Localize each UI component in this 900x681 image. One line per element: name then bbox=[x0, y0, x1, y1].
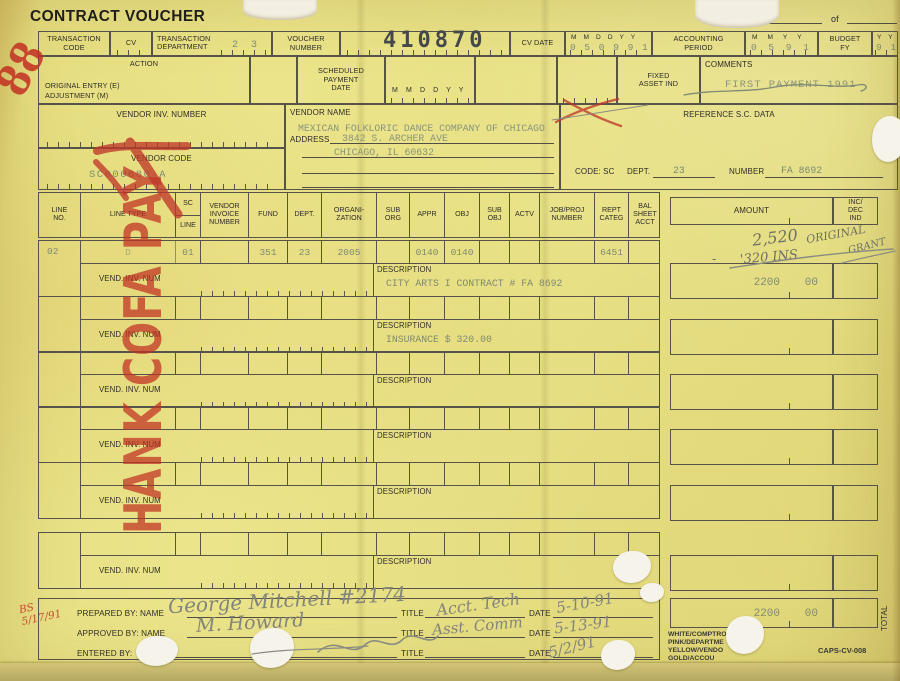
vendor-name-box: VENDOR NAME MEXICAN FOLKLORIC DANCE COMP… bbox=[285, 104, 560, 190]
header-rept-categ-label: REPT CATEG bbox=[597, 207, 627, 223]
sub-obj-cell bbox=[480, 241, 510, 263]
total-label: TOTAL bbox=[880, 595, 889, 631]
amount-box-4 bbox=[670, 429, 833, 465]
header-vendor-invoice: VENDOR INVOICE NUMBER bbox=[201, 193, 249, 237]
prepared-by-label: PREPARED BY: NAME bbox=[77, 609, 164, 618]
action-entry-box bbox=[250, 56, 297, 104]
fixed-asset-ticks bbox=[563, 98, 611, 103]
comments-value: FIRST PAYMENT 1991 bbox=[725, 79, 856, 91]
total-amount-cents: 00 bbox=[805, 608, 818, 620]
appr-cell: 0140 bbox=[410, 241, 445, 263]
organization-cell: 2005 bbox=[322, 241, 377, 263]
scanned-contract-voucher: CONTRACT VOUCHER Page of TRANSACTION COD… bbox=[0, 0, 900, 681]
amount-value: 2200 bbox=[754, 277, 780, 289]
header-bal-sheet-label: BAL SHEET ACCT bbox=[631, 203, 659, 227]
cv-date-columns: M M D D Y Y bbox=[571, 34, 635, 42]
amount-cents-tick bbox=[789, 292, 790, 298]
fixed-asset-entry-box bbox=[557, 56, 617, 104]
voucher-number-ticks bbox=[347, 50, 503, 55]
header-rept-categ: REPT CATEG bbox=[595, 193, 629, 237]
header-fund: FUND bbox=[249, 193, 288, 237]
address-line-4 bbox=[302, 175, 554, 188]
header-line-no-label: LINE NO. bbox=[47, 207, 73, 223]
action-option-original-entry: ORIGINAL ENTRY (E) bbox=[45, 82, 120, 90]
form-number: CAPS-CV-008 bbox=[818, 646, 866, 655]
scheduled-payment-entry-box: M M D D Y Y bbox=[385, 56, 475, 104]
header-sub-obj-label: SUB OBJ bbox=[484, 207, 506, 223]
inc-dec-header-label: INC/ DEC IND bbox=[843, 199, 869, 223]
torn-patch-top bbox=[243, 0, 317, 20]
inc-dec-box-5 bbox=[833, 485, 878, 521]
vendor-name-label: VENDOR NAME bbox=[290, 108, 351, 117]
accounting-period-ticks bbox=[750, 50, 813, 55]
code-sc-label: CODE: SC bbox=[575, 167, 614, 176]
row2-empty-box bbox=[475, 56, 557, 104]
header-job-proj: JOB/PROJ NUMBER bbox=[540, 193, 595, 237]
transaction-department-ticks bbox=[221, 50, 267, 55]
address-line-3 bbox=[302, 161, 554, 174]
vendor-address-value-1: 3842 S. ARCHER AVE bbox=[342, 133, 448, 144]
transaction-code-box: TRANSACTION CODE bbox=[38, 31, 110, 56]
inc-dec-box-1 bbox=[833, 263, 878, 299]
description-value: CITY ARTS I CONTRACT # FA 8692 bbox=[386, 278, 562, 289]
header-sc: SC bbox=[176, 193, 200, 216]
cv-date-label: CV DATE bbox=[522, 39, 554, 47]
description-label: DESCRIPTION bbox=[377, 266, 431, 275]
vendor-inv-number-box: VENDOR INV. NUMBER bbox=[38, 104, 285, 148]
entered-by-label: ENTERED BY: bbox=[77, 649, 132, 658]
amount-box-6 bbox=[670, 555, 833, 591]
date-label-1: DATE bbox=[529, 609, 551, 618]
description-value: INSURANCE $ 320.00 bbox=[386, 334, 492, 345]
voucher-number-entry-box: 410870 bbox=[340, 31, 510, 56]
accounting-period-label-box: ACCOUNTING PERIOD bbox=[652, 31, 745, 56]
obj-cell: 0140 bbox=[445, 241, 480, 263]
header-organization-label: ORGANI- ZATION bbox=[329, 207, 369, 223]
date-label-2: DATE bbox=[529, 629, 551, 638]
transaction-department-label: TRANSACTION DEPARTMENT bbox=[157, 35, 219, 52]
sub-org-cell bbox=[377, 241, 410, 263]
voucher-number-label-box: VOUCHER NUMBER bbox=[272, 31, 340, 56]
dept-label: DEPT. bbox=[627, 167, 650, 176]
fund-cell: 351 bbox=[249, 241, 288, 263]
vendor-inv-number-ticks bbox=[47, 142, 276, 147]
comments-box: COMMENTS FIRST PAYMENT 1991 bbox=[700, 56, 898, 104]
description-label: DESCRIPTION bbox=[377, 558, 431, 567]
budget-fy-label: BUDGET FY bbox=[824, 35, 866, 52]
budget-fy-label-box: BUDGET FY bbox=[818, 31, 872, 56]
amount-header-label: AMOUNT bbox=[734, 206, 769, 215]
paper-bottom-edge bbox=[0, 663, 900, 681]
fixed-asset-label: FIXED ASSET IND bbox=[639, 72, 679, 89]
header-line-no: LINE NO. bbox=[39, 193, 81, 237]
vendor-address-value-2: CHICAGO, IL 60632 bbox=[334, 147, 434, 158]
reference-sc-data-box: REFERENCE S.C. DATA CODE: SC DEPT. 23 NU… bbox=[560, 104, 898, 190]
paper-right-edge bbox=[892, 0, 900, 681]
description-box: DESCRIPTION INSURANCE $ 320.00 bbox=[373, 320, 659, 352]
action-label: ACTION bbox=[39, 60, 249, 68]
inc-dec-box-2 bbox=[833, 319, 878, 355]
amount-box-1: 2200 00 bbox=[670, 263, 833, 299]
cv-label: CV bbox=[126, 39, 136, 47]
total-inc-dec-box bbox=[833, 598, 878, 628]
header-obj: OBJ bbox=[445, 193, 480, 237]
line-no-cell bbox=[39, 297, 81, 352]
title-label-1: TITLE bbox=[401, 609, 424, 618]
voucher-number-label: VOUCHER NUMBER bbox=[280, 35, 332, 52]
amount-box-5 bbox=[670, 485, 833, 521]
action-option-adjustment: ADJUSTMENT (M) bbox=[45, 92, 108, 100]
amount-cents-tick bbox=[789, 218, 790, 224]
vendor-code-label: VENDOR CODE bbox=[39, 154, 284, 163]
page-total-line bbox=[847, 9, 897, 24]
accounting-period-columns: M M Y Y bbox=[752, 34, 802, 42]
title-label-2: TITLE bbox=[401, 629, 424, 638]
fixed-asset-label-box: FIXED ASSET IND bbox=[617, 56, 700, 104]
number-value: FA 8692 bbox=[781, 165, 822, 176]
header-sub-org: SUB ORG bbox=[377, 193, 410, 237]
cv-date-entry-box: M M D D Y Y 0 5 0 9 9 1 bbox=[565, 31, 652, 56]
white-out-blob bbox=[872, 116, 900, 162]
inc-dec-header-box: INC/ DEC IND bbox=[833, 197, 878, 225]
scheduled-payment-label: SCHEDULED PAYMENT DATE bbox=[313, 67, 369, 92]
header-organization: ORGANI- ZATION bbox=[322, 193, 377, 237]
transaction-code-label: TRANSACTION CODE bbox=[44, 35, 104, 52]
scheduled-payment-columns: M M D D Y Y bbox=[392, 87, 464, 95]
header-bal-sheet: BAL SHEET ACCT bbox=[629, 193, 661, 237]
line-no-value: 02 bbox=[47, 246, 58, 257]
job-proj-cell bbox=[540, 241, 595, 263]
header-vendor-invoice-label: VENDOR INVOICE NUMBER bbox=[205, 203, 245, 227]
description-box: DESCRIPTION CITY ARTS I CONTRACT # FA 86… bbox=[373, 264, 659, 296]
number-label: NUMBER bbox=[729, 167, 764, 176]
title-label-3: TITLE bbox=[401, 649, 424, 658]
red-side-note: HANK COFA PAY bbox=[114, 218, 174, 534]
vendor-address-label: ADDRESS bbox=[290, 135, 329, 144]
amount-box-2 bbox=[670, 319, 833, 355]
description-label: DESCRIPTION bbox=[377, 432, 431, 441]
header-dept: DEPT. bbox=[288, 193, 322, 237]
cv-box: CV bbox=[110, 31, 152, 56]
dept-cell: 23 bbox=[288, 241, 322, 263]
inc-dec-box-6 bbox=[833, 555, 878, 591]
header-actv: ACTV bbox=[510, 193, 540, 237]
description-label: DESCRIPTION bbox=[377, 377, 431, 386]
amount-header-box: AMOUNT bbox=[670, 197, 833, 225]
sc-line-cell: 01 bbox=[176, 241, 201, 263]
vendor-invoice-cell bbox=[201, 241, 249, 263]
amount-box-3 bbox=[670, 374, 833, 410]
total-amount-value: 2200 bbox=[754, 608, 780, 620]
header-line: LINE bbox=[176, 216, 200, 238]
header-sc-line: SC LINE bbox=[176, 193, 201, 237]
vendor-inv-number-label: VENDOR INV. NUMBER bbox=[39, 110, 284, 119]
cv-date-ticks bbox=[570, 50, 647, 55]
header-sub-obj: SUB OBJ bbox=[480, 193, 510, 237]
transaction-department-box: TRANSACTION DEPARTMENT 2 3 bbox=[152, 31, 272, 56]
comments-label: COMMENTS bbox=[705, 60, 752, 69]
copy-color-gold: GOLD/ACCOU bbox=[668, 655, 744, 663]
inc-dec-box-3 bbox=[833, 374, 878, 410]
vend-inv-num-label: VEND. INV. NUM bbox=[99, 567, 161, 576]
dept-value: 23 bbox=[673, 165, 685, 176]
grant-note-dash: - bbox=[712, 252, 716, 267]
header-sub-org-label: SUB ORG bbox=[382, 207, 404, 223]
cv-date-label-box: CV DATE bbox=[510, 31, 565, 56]
scheduled-payment-label-box: SCHEDULED PAYMENT DATE bbox=[297, 56, 385, 104]
rept-categ-cell: 6451 bbox=[595, 241, 629, 263]
header-appr: APPR bbox=[410, 193, 445, 237]
bal-sheet-cell bbox=[629, 241, 661, 263]
cv-ticks bbox=[117, 50, 145, 55]
accounting-period-label: ACCOUNTING PERIOD bbox=[664, 35, 734, 52]
page-of-label: of bbox=[831, 14, 839, 24]
line-no-cell: 02 bbox=[39, 241, 81, 296]
action-box: ACTION ORIGINAL ENTRY (E) ADJUSTMENT (M) bbox=[38, 56, 250, 104]
page-title: CONTRACT VOUCHER bbox=[30, 8, 205, 26]
actv-cell bbox=[510, 241, 540, 263]
budget-fy-columns: Y Y bbox=[877, 34, 893, 42]
line-block-6: VEND. INV. NUM DESCRIPTION bbox=[38, 532, 660, 589]
header-job-proj-label: JOB/PROJ NUMBER bbox=[544, 207, 590, 223]
description-label: DESCRIPTION bbox=[377, 322, 431, 331]
inc-dec-box-4 bbox=[833, 429, 878, 465]
amount-cents: 00 bbox=[805, 277, 818, 289]
description-label: DESCRIPTION bbox=[377, 488, 431, 497]
torn-patch-top-right bbox=[695, 0, 779, 28]
scheduled-payment-ticks bbox=[391, 98, 469, 103]
reference-sc-data-label: REFERENCE S.C. DATA bbox=[561, 110, 897, 119]
accounting-period-entry-box: M M Y Y 0 5 9 1 bbox=[745, 31, 818, 56]
